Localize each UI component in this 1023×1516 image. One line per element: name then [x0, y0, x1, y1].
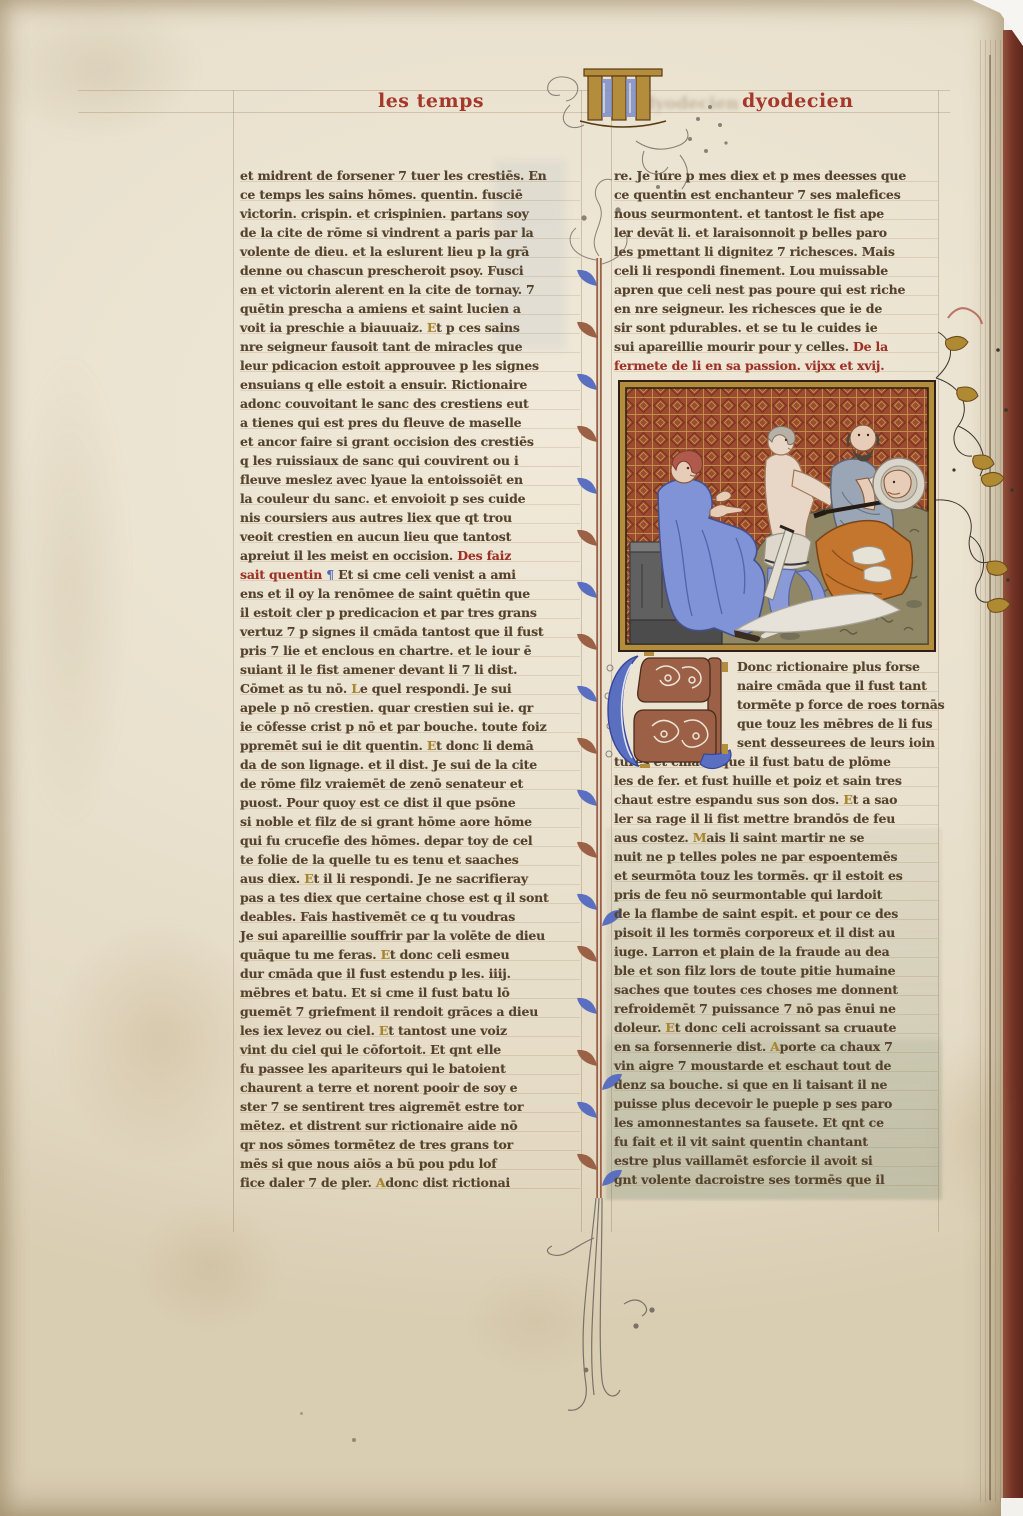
- text-line: Cōmet as tu nō. Le quel respondi. Je sui: [240, 679, 580, 698]
- text-line: puost. Pour quoy est ce dist il que psōn…: [240, 793, 580, 812]
- text-line: que touz les mēbres de li fus: [737, 714, 938, 733]
- text-line: ler devāt li. et laraisonnoit p belles p…: [614, 223, 938, 242]
- text-line: et seurmōta touz les tormēs. qr il estoi…: [614, 866, 938, 885]
- text-line: les de fer. et fust huille et poiz et sa…: [614, 771, 938, 790]
- text-line: pris de feu nō seurmontable qui lardoit: [614, 885, 938, 904]
- text-line: quāque tu me feras. Et donc celi esmeu: [240, 945, 580, 964]
- right-text-column-top: re. Je iure p mes diex et p mes deesses …: [614, 166, 938, 375]
- text-line: si noble et filz de si grant hōme aore h…: [240, 812, 580, 831]
- text-line: te folie de la quelle tu es tenu et saac…: [240, 850, 580, 869]
- text-line: leur pdicacion estoit approuvee p les si…: [240, 356, 580, 375]
- ruling-line: [233, 90, 234, 1232]
- text-line: pris 7 lie et enclous en chartre. et le …: [240, 641, 580, 660]
- ivy-leaves-blue: [577, 270, 597, 1118]
- initial-upper-lobe: [638, 658, 710, 702]
- text-line: fice daler 7 de pler. Adonc dist riction…: [240, 1173, 580, 1192]
- text-line: aus costez. Mais li saint martir ne se: [614, 828, 938, 847]
- bandaged-arm: [852, 546, 886, 564]
- text-line: q les ruissiaux de sanc qui couvirent ou…: [240, 451, 580, 470]
- text-line: veoit crestien en aucun lieu que tantost: [240, 527, 580, 546]
- text-line: qr nos sōmes tormētez de tres grans tor: [240, 1135, 580, 1154]
- ink-speck: [352, 1438, 356, 1442]
- decorated-initial-A: [604, 648, 738, 772]
- text-line: fermete de li en sa passion. vijxx et xv…: [614, 356, 938, 375]
- red-marginal-mark: [944, 300, 986, 330]
- text-line: sait quentin ¶ Et si cme celi venist a a…: [240, 565, 580, 584]
- text-line: sui apareillie mourir pour y celles. De …: [614, 337, 938, 356]
- text-line: fu fait et il vit saint quentin chantant: [614, 1132, 938, 1151]
- running-title-left: les temps: [378, 90, 484, 112]
- text-line: deables. Fais hastivemēt ce q tu voudras: [240, 907, 580, 926]
- text-line: et midrent de forsener 7 tuer les cresti…: [240, 166, 580, 185]
- text-line: pisoit il les tormēs corporeux et il dis…: [614, 923, 938, 942]
- ruling-line: [938, 90, 939, 1232]
- text-line: nous seurmontent. et tantost le fist ape: [614, 204, 938, 223]
- text-line: victorin. crispin. et crispinien. partan…: [240, 204, 580, 223]
- manuscript-photo: { "header": { "left_title": "les temps",…: [0, 0, 1023, 1516]
- text-line: voit ia preschie a biauuaiz. Et p ces sa…: [240, 318, 580, 337]
- stain: [0, 0, 200, 140]
- text-line: naire cmāda que il fust tant: [737, 676, 938, 695]
- text-line: ble et son filz lors de toute pitie huma…: [614, 961, 938, 980]
- text-line: ce temps les sains hōmes. quentin. fusci…: [240, 185, 580, 204]
- text-line: sent desseurees de leurs ioin: [737, 733, 938, 752]
- text-line: guemēt 7 griefment il rendoit grāces a d…: [240, 1002, 580, 1021]
- text-line: les iex levez ou ciel. Et tantost une vo…: [240, 1021, 580, 1040]
- text-line: doleur. Et donc celi acroissant sa cruau…: [614, 1018, 938, 1037]
- text-line: Donc rictionaire plus forse: [737, 657, 938, 676]
- text-line: en sa forsennerie dist. Aporte ca chaux …: [614, 1037, 938, 1056]
- miniature-martyrdom-of-saint-quentin: [618, 380, 936, 652]
- text-line: apreiut il les meist en occision. Des fa…: [240, 546, 580, 565]
- text-line: Je sui apareillie souffrir par la volēte…: [240, 926, 580, 945]
- text-line: il estoit cler p predicacion et par tres…: [240, 603, 580, 622]
- text-line: sir sont pdurables. et se tu le cuides i…: [614, 318, 938, 337]
- text-line: adonc couvoitant le sanc des crestiens e…: [240, 394, 580, 413]
- text-line: qui fu crucefie des hōmes. depar toy de …: [240, 831, 580, 850]
- text-line: tormēte p force de roes tornās: [737, 695, 938, 714]
- text-line: apele p nō crestien. quar crestien sui i…: [240, 698, 580, 717]
- text-line: ppremēt sui ie dit quentin. Et donc li d…: [240, 736, 580, 755]
- text-line: da de son lignage. et il dist. Je sui de…: [240, 755, 580, 774]
- text-line: ens et il oy la renōmee de saint quētin …: [240, 584, 580, 603]
- text-line: nis coursiers aus autres liex que qt tro…: [240, 508, 580, 527]
- text-line: fleuve meslez avec lyaue la entoissoiēt …: [240, 470, 580, 489]
- text-line: en et victorin alerent en la cite de tor…: [240, 280, 580, 299]
- text-line: re. Je iure p mes diex et p mes deesses …: [614, 166, 938, 185]
- text-line: nuit ne p telles poles ne par espoentemē…: [614, 847, 938, 866]
- text-line: estre plus vaillamēt esforcie il avoit s…: [614, 1151, 938, 1170]
- text-line: quētin prescha a amiens et saint lucien …: [240, 299, 580, 318]
- text-line: a tienes qui est pres du fleuve de masel…: [240, 413, 580, 432]
- stain: [10, 350, 130, 830]
- text-line: mētez. et distrent sur rictionaire aide …: [240, 1116, 580, 1135]
- text-line: ensuians q elle estoit a ensuir. Riction…: [240, 375, 580, 394]
- text-line: denz sa bouche. si que en li taisant il …: [614, 1075, 938, 1094]
- text-line: la couleur du sanc. et envoioit p ses cu…: [240, 489, 580, 508]
- text-line: ie cōfesse crist p nō et par bouche. tou…: [240, 717, 580, 736]
- text-line: chaurent a terre et norent pooir de soy …: [240, 1078, 580, 1097]
- bandaged-arm: [864, 566, 892, 582]
- text-line: denne ou chascun prescheroit psoy. Fusci: [240, 261, 580, 280]
- text-line: nre seigneur fausoit tant de miracles qu…: [240, 337, 580, 356]
- ivy-leaves-rust: [577, 322, 597, 1170]
- right-text-column-lower: tures et cmāda que il fust batu de plōme…: [614, 752, 938, 1189]
- text-line: pas a tes diex que certaine chose est q …: [240, 888, 580, 907]
- text-line: de la flambe de saint espit. et pour ce …: [614, 904, 938, 923]
- text-line: celi li respondi finement. Lou muissable: [614, 261, 938, 280]
- ruling-line: [78, 112, 950, 113]
- text-line: aus diex. Et il li respondi. Je ne sacri…: [240, 869, 580, 888]
- text-line: vint du ciel qui le cōfortoit. Et qnt el…: [240, 1040, 580, 1059]
- text-line: de rōme filz vraiemēt de zenō senateur e…: [240, 774, 580, 793]
- text-line: volente de dieu. et la eslurent lieu p l…: [240, 242, 580, 261]
- text-line: gnt volente dacroistre ses tormēs que il: [614, 1170, 938, 1189]
- text-line: ce quentin est enchanteur 7 ses malefice…: [614, 185, 938, 204]
- text-line: refroidemēt 7 puissance 7 nō pas ēnui ne: [614, 999, 938, 1018]
- text-line: ler sa rage il li fist mettre brandōs de…: [614, 809, 938, 828]
- penwork-bottom: [547, 1198, 654, 1410]
- text-line: mēs si que nous aiōs a bū pou pdu lof: [240, 1154, 580, 1173]
- page-edge-crease: [989, 55, 991, 1500]
- stain: [140, 1205, 280, 1325]
- text-line: ster 7 se sentirent tres aigremēt estre …: [240, 1097, 580, 1116]
- text-line: iuge. Larron et plain de la fraude au de…: [614, 942, 938, 961]
- backdrop-corner-bottom: [1001, 1498, 1023, 1516]
- text-line: en nre seigneur. les richesces que ie de: [614, 299, 938, 318]
- text-line: apren que celi nest pas poure qui est ri…: [614, 280, 938, 299]
- text-line: fu passee les apariteurs qui le batoient: [240, 1059, 580, 1078]
- text-line: chaut estre espandu sus son dos. Et a sa…: [614, 790, 938, 809]
- text-line: puisse plus decevoir le pueple p ses par…: [614, 1094, 938, 1113]
- text-line: suiant il le fist amener devant li 7 li …: [240, 660, 580, 679]
- book-binding-edge: [1003, 30, 1023, 1516]
- left-text-column: et midrent de forsener 7 tuer les cresti…: [240, 166, 580, 1192]
- text-line: de la cite de rōme si vindrent a paris p…: [240, 223, 580, 242]
- text-line: et ancor faire si grant occision des cre…: [240, 432, 580, 451]
- text-line: saches que toutes ces choses me donnent: [614, 980, 938, 999]
- gold-ivy-spray: [928, 330, 1023, 630]
- text-line: les pmettant li dignitez 7 richesces. Ma…: [614, 242, 938, 261]
- text-line: vin aigre 7 moustarde et eschaut tout de: [614, 1056, 938, 1075]
- ink-speck: [300, 1412, 303, 1415]
- text-line: les amonnestantes sa fausete. Et qnt ce: [614, 1113, 938, 1132]
- text-line: vertuz 7 p signes il cmāda tantost que i…: [240, 622, 580, 641]
- text-line: mēbres et batu. Et si cme il fust batu l…: [240, 983, 580, 1002]
- right-text-column-indented: Donc rictionaire plus forsenaire cmāda q…: [737, 657, 938, 752]
- text-line: dur cmāda que il fust estendu p les. iii…: [240, 964, 580, 983]
